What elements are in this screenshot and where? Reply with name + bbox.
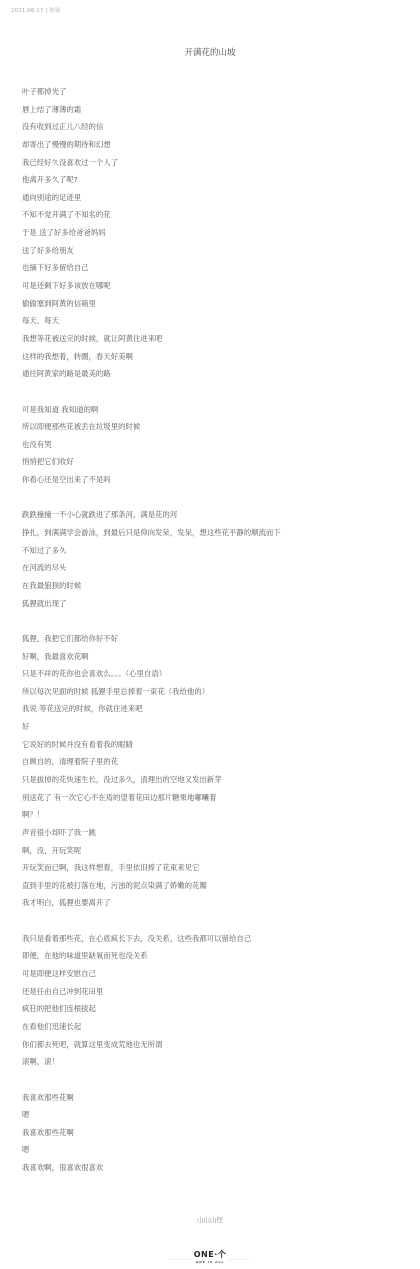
- poem-line: 我想等花被送完的时候，就让阿黄住进来吧: [22, 330, 412, 348]
- article-body: 叶子都掉光了唇上结了薄薄的霜没有收到过正儿八经的信却寄出了慢慢的期待和幻想我已经…: [22, 83, 412, 1194]
- poem-line: 滚啊，滚！: [22, 1053, 412, 1071]
- poem-line: 我喜欢那些花啊: [22, 1124, 412, 1142]
- poem-line: 你们都去死吧，就算这里变成荒地也无所谓: [22, 1036, 412, 1054]
- footer-branding: ONE·个 ONE IS ALL: [0, 1250, 420, 1265]
- poem-line: 可是我知道 我知道的啊: [22, 401, 412, 419]
- poem-line: 啊，没，开玩笑呢: [22, 842, 412, 860]
- poem-line: 于是 送了好多给爸爸妈妈: [22, 224, 412, 242]
- poem-line: 我只是看着那些花，在心底疯长下去，没关系，这些我都可以留给自己: [22, 930, 412, 948]
- poem-line: 所以即便那些花被丢在垃圾里的时候: [22, 418, 412, 436]
- poem-line: 他离开多久了呢?: [22, 171, 412, 189]
- poem-line: 唇上结了薄薄的霜: [22, 101, 412, 119]
- poem-line: 狐狸就出现了: [22, 595, 412, 613]
- article-title: 开满花的山坡: [0, 46, 420, 58]
- poem-line: 直到手里的花被打落在地，污浊的泥点染满了娇嫩的花瓣: [22, 877, 412, 895]
- poem-line: 这样的我想着，转圈，春天好美啊: [22, 348, 412, 366]
- poem-line: 我已经好久没喜欢过一个人了: [22, 154, 412, 172]
- poem-line: 悄悄把它们收好: [22, 453, 412, 471]
- poem-line: 在看他们迅速长起: [22, 1018, 412, 1036]
- poem-line: 即便，在他的味道里缺氧而死也没关系: [22, 947, 412, 965]
- poem-line: 别送花了 有一次它心不在焉的望着花田边那片糖果地嘟囔着: [22, 789, 412, 807]
- poem-line: 它说好的时候并没有看着我的眼睛: [22, 736, 412, 754]
- article-meta: 2021.06.17 | 独禄: [11, 6, 60, 14]
- poem-line: 通向别途的足迹里: [22, 189, 412, 207]
- poem-line: 啊？！: [22, 806, 412, 824]
- meta-separator: |: [45, 8, 47, 14]
- meta-tag: 独禄: [49, 8, 60, 14]
- poem-line: 没有收到过正儿八经的信: [22, 118, 412, 136]
- poem-line: 却寄出了慢慢的期待和幻想: [22, 136, 412, 154]
- stanza: 我只是看着那些花，在心底疯长下去，没关系，这些我都可以留给自己即便，在他的味道里…: [22, 930, 412, 1071]
- poem-line: 所以每次见面的时候 狐狸手里总捧着一束花（我给他的）: [22, 683, 412, 701]
- poem-line: 好啊，我最喜欢花啊: [22, 648, 412, 666]
- poem-line: 只是拔掉的花快速生长，没过多久，清理出的空地又发出新芽: [22, 771, 412, 789]
- publish-date: 2021.06.17: [11, 8, 44, 14]
- poem-line: 疯狂的把他们连根拔起: [22, 1000, 412, 1018]
- poem-line: 好: [22, 718, 412, 736]
- poem-line: 也摘下好多留给自己: [22, 259, 412, 277]
- poem-line: 不知过了多久: [22, 542, 412, 560]
- poem-line: 偷偷塞到阿黄的信箱里: [22, 295, 412, 313]
- poem-line: 自顾自的，清理着院子里的花: [22, 753, 412, 771]
- brand-slogan: ONE IS ALL: [0, 1260, 420, 1265]
- poem-line: 声音很小却吓了我一跳: [22, 824, 412, 842]
- stanza: 狐狸，我把它们都给你好不好好啊，我最喜欢花啊只是不祥的花你也会喜欢么。。。（心里…: [22, 630, 412, 912]
- poem-line: 开玩笑而已啊，我这样想着，手里依旧捧了花束来见它: [22, 859, 412, 877]
- poem-line: 只是不祥的花你也会喜欢么。。。（心里自语）: [22, 665, 412, 683]
- stanza: 跌跌撞撞一不小心就跌进了那条河，满是花的河挣扎，到满满学会游泳，到最后只是仰向发…: [22, 506, 412, 612]
- poem-line: 嗯: [22, 1141, 412, 1159]
- stanza: 可是我知道 我知道的啊所以即便那些花被丢在垃圾里的时候也没有哭悄悄把它们收好你看…: [22, 401, 412, 489]
- stanza: 我喜欢那些花啊嗯我喜欢那些花啊嗯我喜欢啊，很喜欢很喜欢: [22, 1089, 412, 1177]
- poem-line: 可是即便这样安慰自己: [22, 965, 412, 983]
- poem-line: 嗯: [22, 1106, 412, 1124]
- poem-line: 叶子都掉光了: [22, 83, 412, 101]
- poem-line: 不知不觉开满了不知名的花: [22, 206, 412, 224]
- poem-line: 你看心还是空出来了不是吗: [22, 471, 412, 489]
- poem-line: 狐狸，我把它们都给你好不好: [22, 630, 412, 648]
- poem-line: 在我最狼狈的时候: [22, 577, 412, 595]
- poem-line: 还是任由自己冲到花田里: [22, 983, 412, 1001]
- poem-line: 我喜欢啊，很喜欢很喜欢: [22, 1159, 412, 1177]
- poem-line: 可是还剩下好多该放在哪呢: [22, 277, 412, 295]
- poem-line: 我喜欢那些花啊: [22, 1089, 412, 1107]
- poem-line: 在河流的尽头: [22, 559, 412, 577]
- stanza: 叶子都掉光了唇上结了薄薄的霜没有收到过正儿八经的信却寄出了慢慢的期待和幻想我已经…: [22, 83, 412, 383]
- poem-line: 每天、每天: [22, 312, 412, 330]
- author-name: 山山山怪: [0, 1215, 420, 1224]
- poem-line: 送了好多给朋友: [22, 242, 412, 260]
- poem-line: 我说 等花送完的时候，你就住进来吧: [22, 700, 412, 718]
- poem-line: 通往阿黄家的路是最美的路: [22, 365, 412, 383]
- brand-logo: ONE·个: [0, 1250, 420, 1260]
- poem-line: 挣扎，到满满学会游泳，到最后只是仰向发呆，发呆，想这些花平静的顺流而下: [22, 524, 412, 542]
- poem-line: 我才明白，狐狸也要离开了: [22, 894, 412, 912]
- poem-line: 也没有哭: [22, 436, 412, 454]
- poem-line: 跌跌撞撞一不小心就跌进了那条河，满是花的河: [22, 506, 412, 524]
